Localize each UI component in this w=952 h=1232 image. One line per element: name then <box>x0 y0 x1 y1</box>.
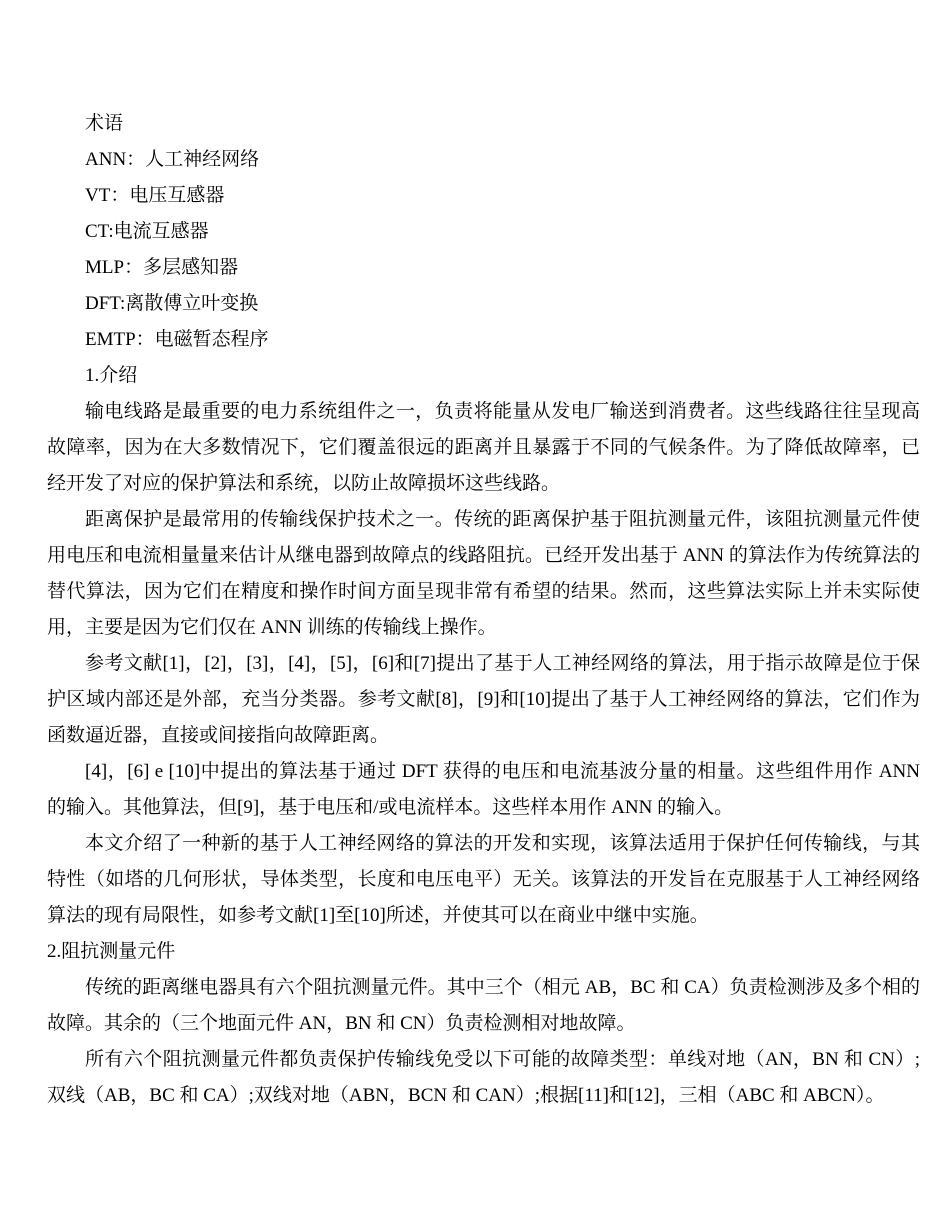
term-item-mlp: MLP：多层感知器 <box>47 250 920 286</box>
section-2-paragraph-1: 传统的距离继电器具有六个阻抗测量元件。其中三个（相元 AB，BC 和 CA）负责… <box>47 970 920 1042</box>
term-item-emtp: EMTP：电磁暂态程序 <box>47 322 920 358</box>
section-1-paragraph-4: [4]，[6] e [10]中提出的算法基于通过 DFT 获得的电压和电流基波分… <box>47 754 920 826</box>
terms-block: 术语 ANN：人工神经网络 VT：电压互感器 CT:电流互感器 MLP：多层感知… <box>47 106 920 358</box>
section-2-paragraph-2: 所有六个阻抗测量元件都负责保护传输线免受以下可能的故障类型：单线对地（AN，BN… <box>47 1042 920 1114</box>
section-1-paragraph-3: 参考文献[1]，[2]，[3]，[4]，[5]，[6]和[7]提出了基于人工神经… <box>47 646 920 754</box>
term-item-vt: VT：电压互感器 <box>47 178 920 214</box>
section-impedance-elements: 2.阻抗测量元件 传统的距离继电器具有六个阻抗测量元件。其中三个（相元 AB，B… <box>47 934 920 1114</box>
section-1-paragraph-2: 距离保护是最常用的传输线保护技术之一。传统的距离保护基于阻抗测量元件，该阻抗测量… <box>47 502 920 646</box>
term-item-dft: DFT:离散傅立叶变换 <box>47 286 920 322</box>
terms-heading: 术语 <box>47 106 920 142</box>
section-1-heading: 1.介绍 <box>47 358 920 394</box>
section-1-paragraph-1: 输电线路是最重要的电力系统组件之一，负责将能量从发电厂输送到消费者。这些线路往往… <box>47 394 920 502</box>
document-page: 术语 ANN：人工神经网络 VT：电压互感器 CT:电流互感器 MLP：多层感知… <box>0 0 952 1232</box>
section-1-paragraph-5: 本文介绍了一种新的基于人工神经网络的算法的开发和实现，该算法适用于保护任何传输线… <box>47 826 920 934</box>
section-2-heading: 2.阻抗测量元件 <box>47 934 920 970</box>
term-item-ann: ANN：人工神经网络 <box>47 142 920 178</box>
term-item-ct: CT:电流互感器 <box>47 214 920 250</box>
section-introduction: 1.介绍 输电线路是最重要的电力系统组件之一，负责将能量从发电厂输送到消费者。这… <box>47 358 920 934</box>
